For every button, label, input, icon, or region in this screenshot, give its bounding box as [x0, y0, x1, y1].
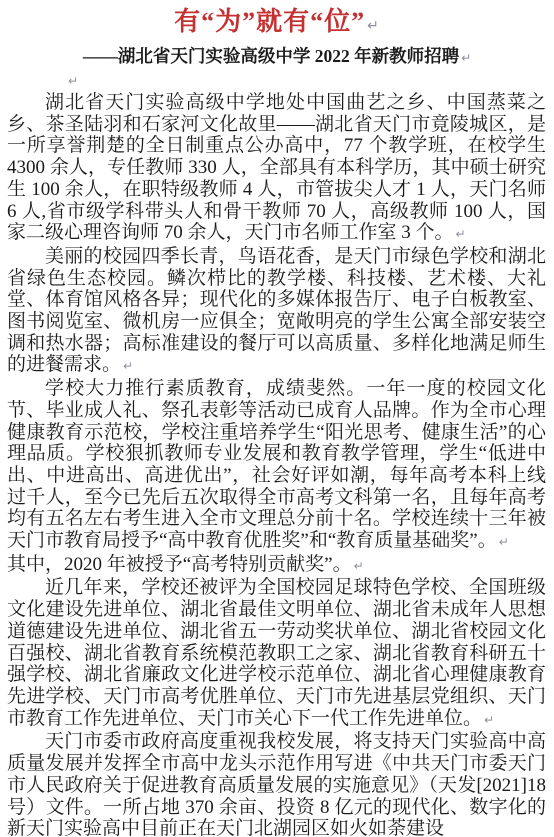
- paragraph-text: 其中，2020 年被授予“高考特别贡献奖”。: [7, 554, 352, 575]
- paragraph: 其中，2020 年被授予“高考特别贡献奖”。↵: [0, 554, 554, 578]
- paragraph-text: 天门市委市政府高度重视我校发展，将支持天门实验高中高质量发展并发挥全市高中龙头示…: [7, 731, 546, 837]
- empty-paragraph: ↵: [0, 70, 554, 92]
- title-text: 有“为”就有“位”: [174, 7, 365, 36]
- paragraph-text: 美丽的校园四季长青，鸟语花香，是天门市绿色学校和湖北省绿色生态校园。鳞次栉比的教…: [7, 246, 546, 376]
- subtitle-text: ——湖北省天门实验高级中学 2022 年新教师招聘: [83, 46, 459, 66]
- paragraph-mark-icon: ↵: [499, 535, 509, 549]
- paragraph-mark-icon: ↵: [354, 559, 364, 573]
- paragraph-text: 学校大力推行素质教育，成绩斐然。一年一度的校园文化节、毕业成人礼、祭孔表彰等活动…: [7, 378, 546, 551]
- paragraph-mark-icon: ↵: [68, 74, 78, 88]
- document-subtitle: ——湖北省天门实验高级中学 2022 年新教师招聘↵: [0, 44, 554, 70]
- paragraph: 学校大力推行素质教育，成绩斐然。一年一度的校园文化节、毕业成人礼、祭孔表彰等活动…: [0, 378, 554, 554]
- paragraph: 近几年来，学校还被评为全国校园足球特色学校、全国班级文化建设先进单位、湖北省最佳…: [0, 577, 554, 731]
- paragraph-mark-icon: ↵: [484, 713, 494, 727]
- document-page: 有“为”就有“位”↵ ——湖北省天门实验高级中学 2022 年新教师招聘↵ ↵ …: [0, 0, 554, 837]
- paragraph-text: 近几年来，学校还被评为全国校园足球特色学校、全国班级文化建设先进单位、湖北省最佳…: [7, 577, 546, 728]
- document-body: 湖北省天门实验高级中学地处中国曲艺之乡、中国蒸菜之乡、茶圣陆羽和石家河文化故里—…: [0, 92, 554, 837]
- paragraph: 天门市委市政府高度重视我校发展，将支持天门实验高中高质量发展并发挥全市高中龙头示…: [0, 731, 554, 837]
- paragraph-mark-icon: ↵: [367, 18, 380, 34]
- paragraph-mark-icon: ↵: [461, 51, 471, 65]
- paragraph-text: 湖北省天门实验高级中学地处中国曲艺之乡、中国蒸菜之乡、茶圣陆羽和石家河文化故里—…: [7, 92, 546, 243]
- paragraph-mark-icon: ↵: [456, 227, 466, 241]
- paragraph: 美丽的校园四季长青，鸟语花香，是天门市绿色学校和湖北省绿色生态校园。鳞次栉比的教…: [0, 246, 554, 378]
- document-title: 有“为”就有“位”↵: [0, 6, 554, 42]
- paragraph: 湖北省天门实验高级中学地处中国曲艺之乡、中国蒸菜之乡、茶圣陆羽和石家河文化故里—…: [0, 92, 554, 246]
- paragraph-mark-icon: ↵: [123, 359, 133, 373]
